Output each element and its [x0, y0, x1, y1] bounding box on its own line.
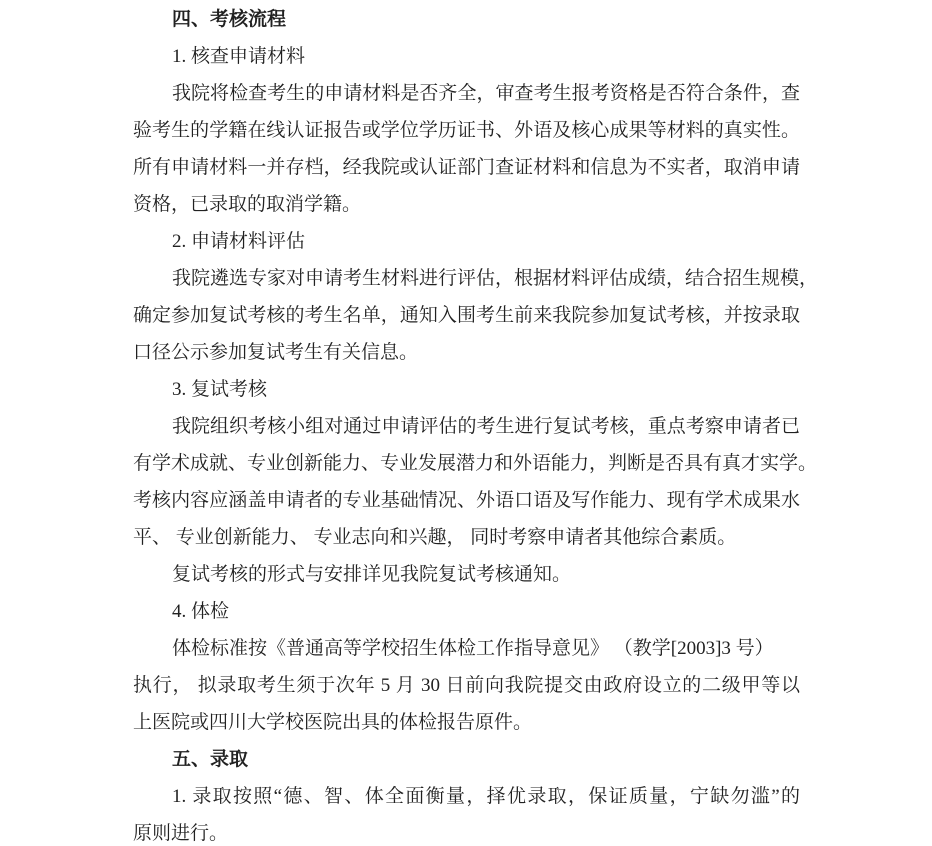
document-text-line: 验考生的学籍在线认证报告或学位学历证书、外语及核心成果等材料的真实性。 [133, 112, 800, 149]
document-text-line: 3. 复试考核 [133, 371, 800, 408]
document-text-line: 1. 录取按照“德、智、体全面衡量，择优录取，保证质量，宁缺勿滥”的 [133, 778, 800, 815]
document-text-line: 我院遴选专家对申请考生材料进行评估，根据材料评估成绩，结合招生规模， [133, 260, 800, 297]
document-text-line: 我院组织考核小组对通过申请评估的考生进行复试考核，重点考察申请者已 [133, 408, 800, 445]
document-text-line: 原则进行。 [133, 815, 800, 846]
document-text-line: 体检标准按《普通高等学校招生体检工作指导意见》 （教学[2003]3 号） [133, 630, 800, 667]
document-text-line: 有学术成就、专业创新能力、专业发展潜力和外语能力，判断是否具有真才实学。 [133, 445, 800, 482]
document-text-line: 考核内容应涵盖申请者的专业基础情况、外语口语及写作能力、现有学术成果水 [133, 482, 800, 519]
document-text-line: 平、 专业创新能力、 专业志向和兴趣， 同时考察申请者其他综合素质。 [133, 519, 800, 556]
document-text-line: 上医院或四川大学校医院出具的体检报告原件。 [133, 704, 800, 741]
section-heading: 四、考核流程 [133, 1, 800, 38]
document-text-line: 执行， 拟录取考生须于次年 5 月 30 日前向我院提交由政府设立的二级甲等以 [133, 667, 800, 704]
document-text-line: 我院将检查考生的申请材料是否齐全，审查考生报考资格是否符合条件，查 [133, 75, 800, 112]
document-text-line: 资格，已录取的取消学籍。 [133, 186, 800, 223]
document-text-line: 所有申请材料一并存档，经我院或认证部门查证材料和信息为不实者，取消申请 [133, 149, 800, 186]
section-heading: 五、录取 [133, 741, 800, 778]
document-text-line: 4. 体检 [133, 593, 800, 630]
document-text-line: 复试考核的形式与安排详见我院复试考核通知。 [133, 556, 800, 593]
document-text-line: 1. 核查申请材料 [133, 38, 800, 75]
document-text-line: 2. 申请材料评估 [133, 223, 800, 260]
document-text-line: 口径公示参加复试考生有关信息。 [133, 334, 800, 371]
document-text-line: 确定参加复试考核的考生名单，通知入围考生前来我院参加复试考核，并按录取 [133, 297, 800, 334]
document-page: 四、考核流程1. 核查申请材料我院将检查考生的申请材料是否齐全，审查考生报考资格… [133, 1, 800, 846]
